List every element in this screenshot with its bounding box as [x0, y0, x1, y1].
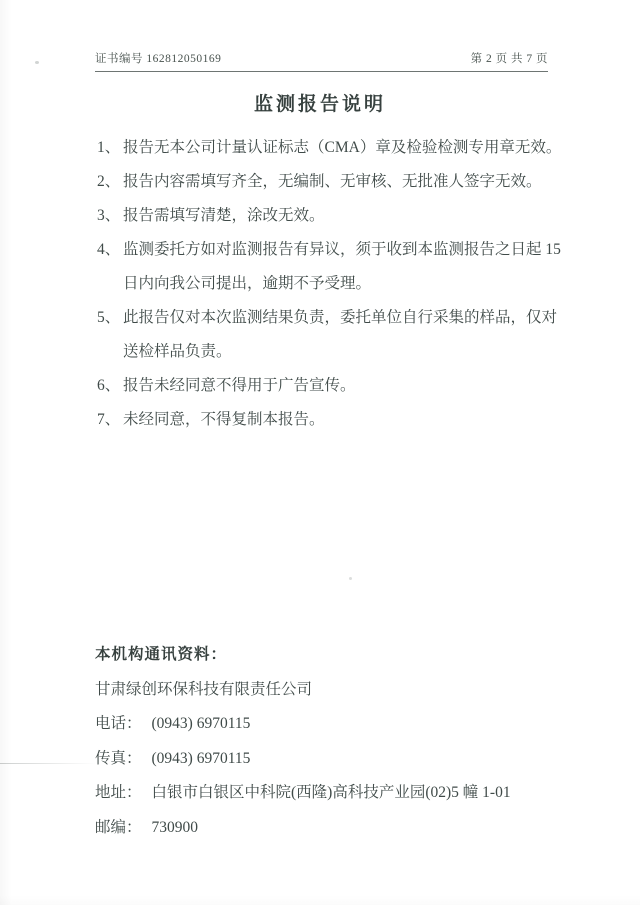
postcode-value: 730900 — [152, 819, 199, 836]
address-value: 白银市白银区中科院(西隆)高科技产业园(02)5 幢 1-01 — [152, 784, 511, 801]
note-number: 7、 — [97, 403, 123, 437]
phone-value: (0943) 6970115 — [152, 715, 251, 732]
company-name: 甘肃绿创环保科技有限责任公司 — [95, 673, 580, 708]
note-number: 3、 — [97, 199, 123, 233]
note-number: 5、 — [97, 301, 123, 369]
phone-label: 电话： — [95, 707, 142, 742]
note-item-6: 6、 报告未经同意不得用于广告宣传。 — [97, 369, 573, 403]
note-text: 此报告仅对本次监测结果负责，委托单位自行采集的样品，仅对送检样品负责。 — [123, 301, 569, 369]
note-text: 报告无本公司计量认证标志（CMA）章及检验检测专用章无效。 — [123, 131, 561, 165]
address-line: 地址：白银市白银区中科院(西隆)高科技产业园(02)5 幢 1-01 — [95, 776, 580, 811]
page-number-indicator: 第 2 页 共 7 页 — [471, 50, 548, 66]
document-page: 证书编号 162812050169 第 2 页 共 7 页 监测报告说明 1、 … — [0, 0, 640, 905]
phone-line: 电话：(0943) 6970115 — [95, 707, 580, 742]
note-number: 1、 — [97, 131, 123, 165]
note-item-1: 1、 报告无本公司计量认证标志（CMA）章及检验检测专用章无效。 — [97, 131, 573, 165]
note-number: 2、 — [97, 165, 123, 199]
header-divider — [95, 71, 548, 72]
note-item-4: 4、 监测委托方如对监测报告有异议，须于收到本监测报告之日起 15 日内向我公司… — [97, 233, 573, 301]
page-header: 证书编号 162812050169 第 2 页 共 7 页 — [95, 50, 548, 66]
contact-section: 本机构通讯资料： 甘肃绿创环保科技有限责任公司 电话：(0943) 697011… — [95, 638, 580, 845]
note-item-5: 5、 此报告仅对本次监测结果负责，委托单位自行采集的样品，仅对送检样品负责。 — [97, 301, 573, 369]
note-number: 6、 — [97, 369, 123, 403]
scan-speck — [35, 61, 39, 64]
note-item-3: 3、 报告需填写清楚，涂改无效。 — [97, 199, 573, 233]
certificate-number: 证书编号 162812050169 — [95, 50, 221, 66]
note-text: 未经同意，不得复制本报告。 — [123, 403, 325, 437]
page-title: 监测报告说明 — [0, 89, 640, 116]
note-text: 报告需填写清楚，涂改无效。 — [123, 199, 325, 233]
note-text: 报告未经同意不得用于广告宣传。 — [123, 369, 356, 403]
note-number: 4、 — [97, 233, 123, 301]
fax-line: 传真：(0943) 6970115 — [95, 742, 580, 777]
scan-speck — [349, 577, 352, 580]
note-text: 报告内容需填写齐全，无编制、无审核、无批准人签字无效。 — [123, 165, 542, 199]
postcode-label: 邮编： — [95, 811, 142, 846]
fax-value: (0943) 6970115 — [152, 750, 251, 767]
note-text: 监测委托方如对监测报告有异议，须于收到本监测报告之日起 15 日内向我公司提出，… — [123, 233, 569, 301]
scan-artifact-line — [0, 763, 96, 764]
notes-list: 1、 报告无本公司计量认证标志（CMA）章及检验检测专用章无效。 2、 报告内容… — [97, 131, 573, 437]
contact-heading: 本机构通讯资料： — [95, 638, 580, 673]
address-label: 地址： — [95, 776, 142, 811]
note-item-2: 2、 报告内容需填写齐全，无编制、无审核、无批准人签字无效。 — [97, 165, 573, 199]
postcode-line: 邮编：730900 — [95, 811, 580, 846]
note-item-7: 7、 未经同意，不得复制本报告。 — [97, 403, 573, 437]
fax-label: 传真： — [95, 742, 142, 777]
